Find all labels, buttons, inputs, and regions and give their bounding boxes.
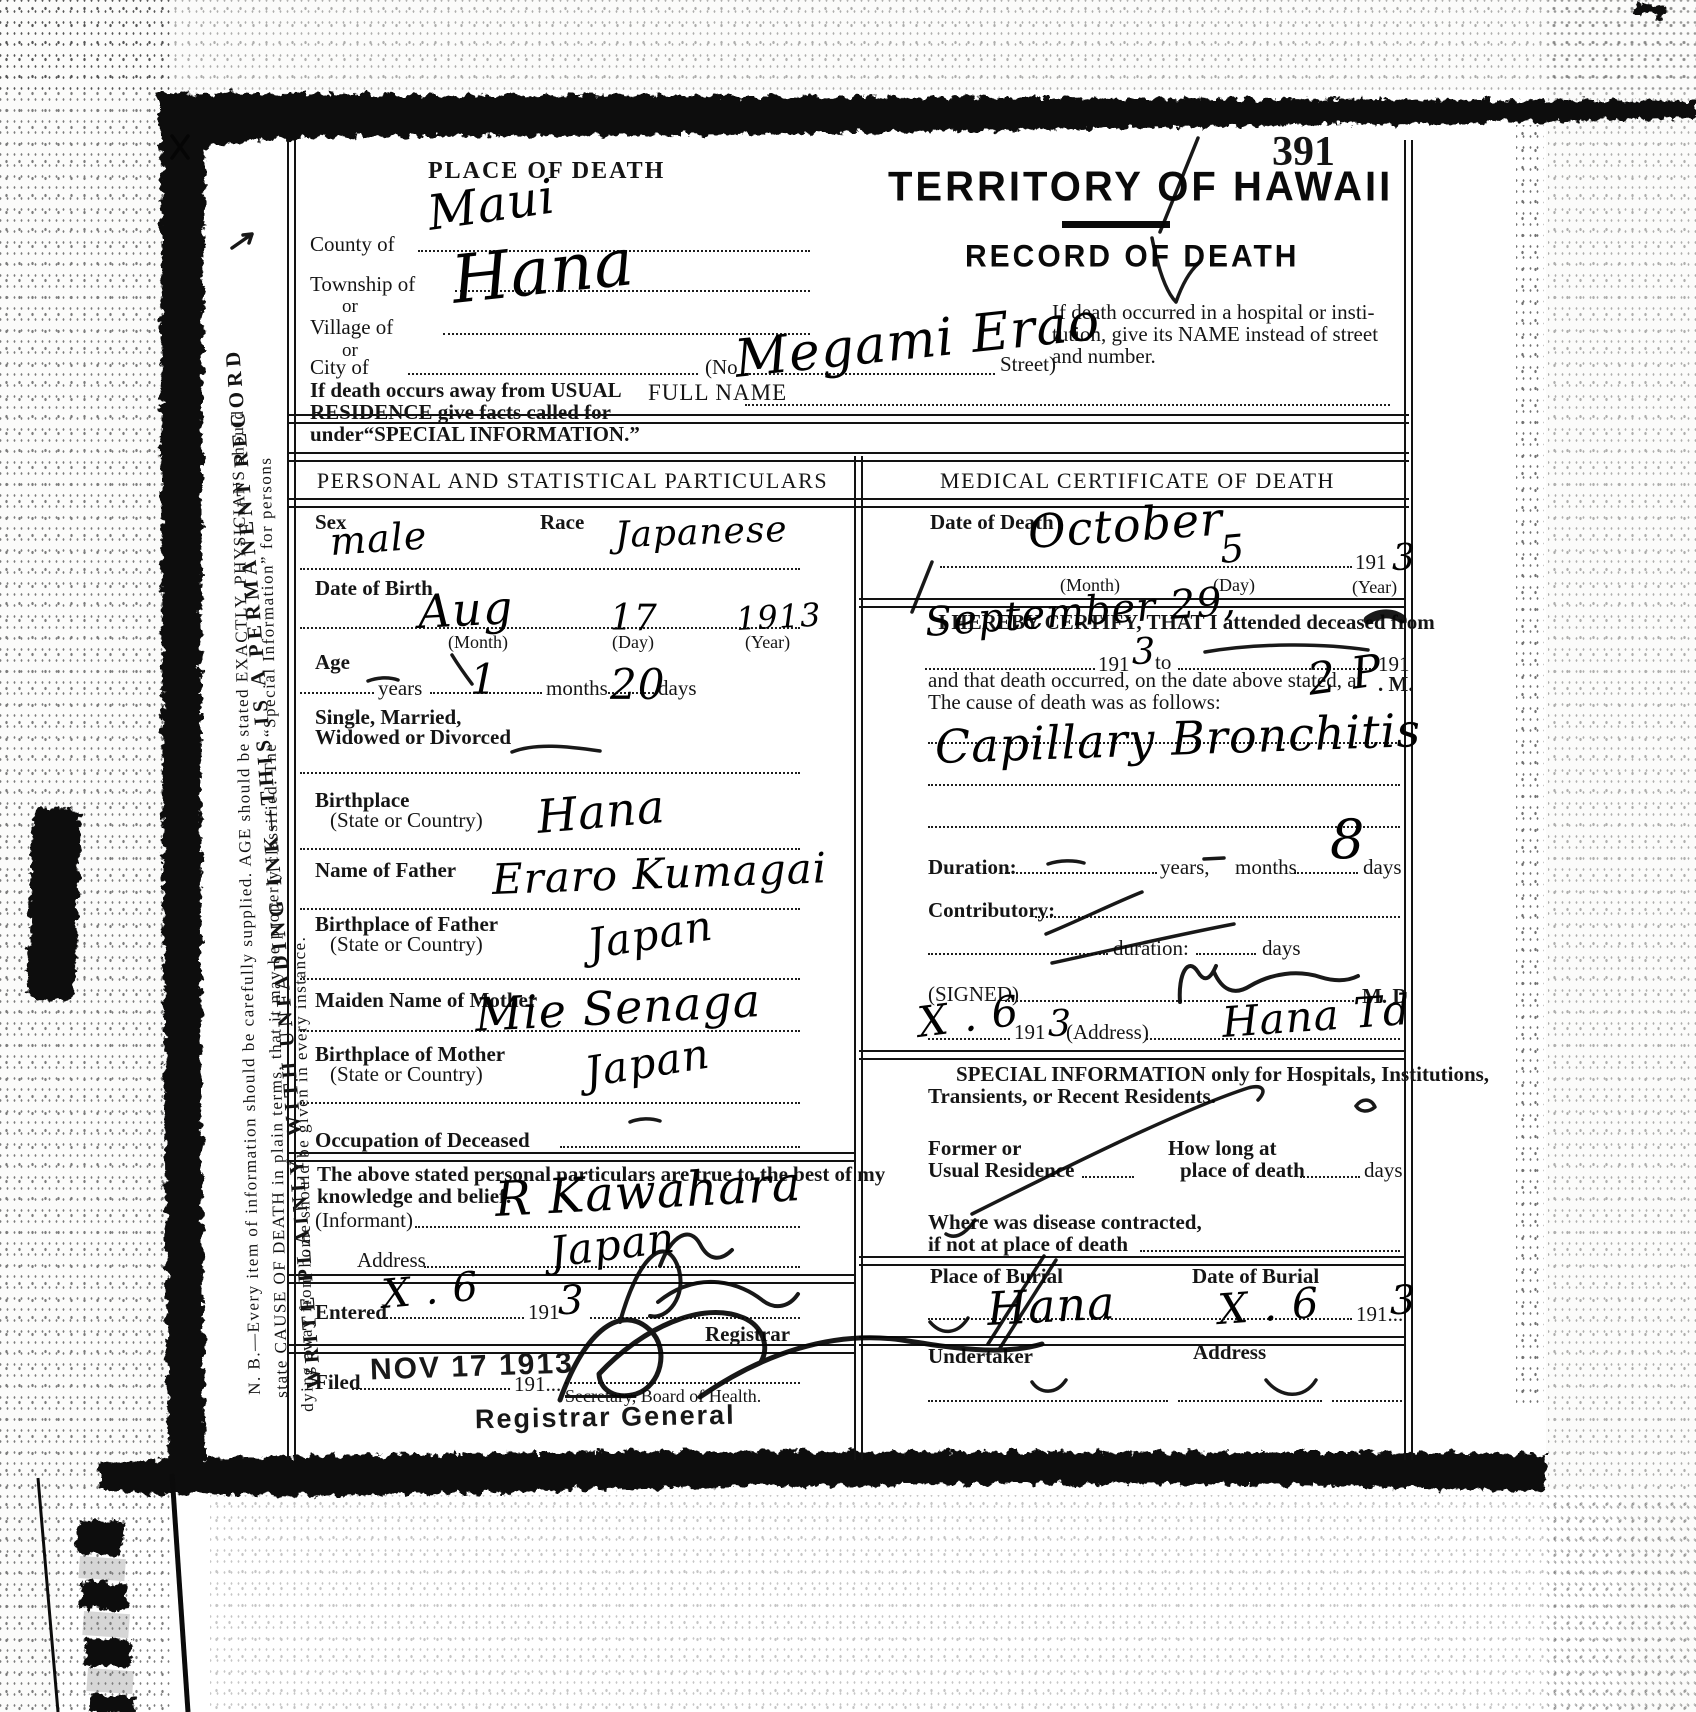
duration2-label: duration: <box>1113 936 1189 961</box>
filed-label: Filed <box>315 1370 361 1395</box>
age-months-value-handwriting: 1 <box>470 655 498 704</box>
where-contracted-dotted <box>1140 1250 1400 1252</box>
medical-section-title: MEDICAL CERTIFICATE OF DEATH <box>880 468 1395 494</box>
mother-birthplace-dotted-line <box>300 1102 800 1104</box>
death-year-handwriting: 3 <box>1392 538 1416 579</box>
registrar-general-stamp: Registrar General <box>475 1400 736 1436</box>
scan-noise-top <box>0 0 1696 90</box>
duration2-dotted-1 <box>928 953 1108 955</box>
marital-dotted-line <box>300 772 800 774</box>
dob-year-handwriting: 1913 <box>735 596 822 638</box>
how-long-label-2: place of death <box>1180 1158 1305 1183</box>
age-years-word: years <box>378 676 422 701</box>
birthplace-caption: (State or Country) <box>330 808 483 833</box>
duration-label: Duration: <box>928 855 1017 880</box>
undertaker-dotted-2 <box>1178 1400 1322 1402</box>
duration-dotted-2 <box>1294 872 1358 874</box>
undertaker-address-label: Address <box>1193 1340 1266 1365</box>
filed-dotted-2 <box>565 1382 800 1384</box>
where-contracted-label-2: if not at place of death <box>928 1232 1128 1257</box>
certificate-number: 391 <box>1272 128 1335 176</box>
death-day-handwriting: 5 <box>1218 526 1247 572</box>
scan-noise-right <box>1548 0 1696 1712</box>
death-year-caption: (Year) <box>1352 577 1397 598</box>
sex-race-dotted-line <box>300 568 800 570</box>
contributory-dotted-line <box>1035 916 1400 918</box>
city-label: City of <box>310 355 369 380</box>
personal-section-title: PERSONAL AND STATISTICAL PARTICULARS <box>300 468 845 494</box>
father-birthplace-caption: (State or Country) <box>330 932 483 957</box>
sex-value-handwriting: male <box>328 513 428 564</box>
duration-days-handwriting: 8 <box>1330 808 1365 871</box>
dob-dotted-line <box>300 627 800 629</box>
time-of-death-handwriting: 2 P <box>1304 645 1385 706</box>
undertaker-label: Undertaker <box>928 1344 1033 1369</box>
undertaker-dotted-1 <box>928 1400 1168 1402</box>
entered-dotted-1 <box>378 1317 524 1319</box>
signed-rule <box>859 1050 1404 1060</box>
duration-dotted-1 <box>1005 872 1157 874</box>
township-label: Township of <box>310 272 415 297</box>
dob-month-handwriting: Aug <box>417 580 515 639</box>
contributory-label: Contributory: <box>928 898 1055 923</box>
section-title-rule <box>287 498 1409 508</box>
duration2-dotted-2 <box>1196 953 1256 955</box>
duration-days-word: days <box>1363 855 1402 880</box>
entered-date-handwriting: X . 6 <box>380 1264 481 1318</box>
marital-label-line2: Widowed or Divorced <box>315 725 511 750</box>
form-border-right <box>1404 140 1413 1460</box>
registrar-caption: Registrar <box>705 1322 790 1347</box>
entered-year-handwriting: 3 <box>558 1278 584 1324</box>
age-months-word: months <box>546 676 608 701</box>
death-year-printed: 191 <box>1355 550 1387 575</box>
race-label: Race <box>540 510 584 535</box>
duration-months-word: months <box>1235 855 1297 880</box>
burial-place-handwriting: Hana <box>986 1275 1117 1336</box>
full-name-dotted-line <box>745 404 1390 406</box>
city-dotted-line <box>408 373 698 375</box>
mother-birthplace-caption: (State or Country) <box>330 1062 483 1087</box>
signed-address-caption: (Address) <box>1066 1020 1149 1045</box>
age-days-value-handwriting: 20 <box>610 660 665 709</box>
burial-date-handwriting: X . 6 <box>1216 1278 1321 1334</box>
entered-dotted-2 <box>590 1317 800 1319</box>
record-title: RECORD OF DEATH <box>965 239 1299 274</box>
paper-edge-noise <box>1516 125 1544 1405</box>
race-value-handwriting: Japanese <box>614 509 788 556</box>
occupation-label: Occupation of Deceased <box>315 1128 530 1153</box>
cause-dotted-2 <box>928 784 1400 786</box>
street-no-label: (No <box>705 355 738 380</box>
scan-noise-bottom <box>210 1495 1696 1712</box>
father-name-dotted-line <box>300 908 800 910</box>
dob-label: Date of Birth <box>315 576 433 601</box>
dob-day-handwriting: 17 <box>610 598 658 639</box>
informant-label: (Informant) <box>315 1208 413 1233</box>
death-date-dotted-line <box>940 566 1352 568</box>
filed-year-printed: 191... <box>514 1372 561 1397</box>
undertaker-dotted-3 <box>1332 1400 1402 1402</box>
scanned-death-certificate: WRITE PLAINLY, WITH UNFADING INK—THIS IS… <box>0 0 1696 1712</box>
entered-label: Entered <box>315 1300 387 1325</box>
how-long-dotted <box>1300 1176 1360 1178</box>
age-label: Age <box>315 650 350 675</box>
special-info-line2: Transients, or Recent Residents. <box>928 1084 1216 1109</box>
signed-year-handwriting: 3 <box>1048 1004 1072 1045</box>
former-residence-label-2: Usual Residence <box>928 1158 1074 1183</box>
entered-year-printed: 191 <box>528 1300 560 1325</box>
burial-year-handwriting: 3 <box>1390 1278 1416 1324</box>
section-top-rule <box>287 452 1409 462</box>
county-label: County of <box>310 232 395 257</box>
duration2-days-word: days <box>1262 936 1301 961</box>
village-label: Village of <box>310 315 393 340</box>
how-long-days-word: days <box>1364 1158 1403 1183</box>
attended-year-handwriting: 3 <box>1132 632 1156 673</box>
attestation-line2: knowledge and belief. <box>317 1184 511 1209</box>
birthplace-value-handwriting: Hana <box>535 779 668 844</box>
father-name-label: Name of Father <box>315 858 456 883</box>
territory-underline <box>1062 221 1170 228</box>
occupation-dotted-line <box>560 1146 800 1148</box>
former-residence-dotted <box>1082 1176 1134 1178</box>
filed-dotted-1 <box>352 1388 510 1390</box>
age-years-dotted <box>300 692 374 694</box>
scan-noise-left <box>0 0 172 1712</box>
duration-years-word: years, <box>1160 855 1210 880</box>
residence-note-line3: under“SPECIAL INFORMATION.” <box>310 422 640 447</box>
